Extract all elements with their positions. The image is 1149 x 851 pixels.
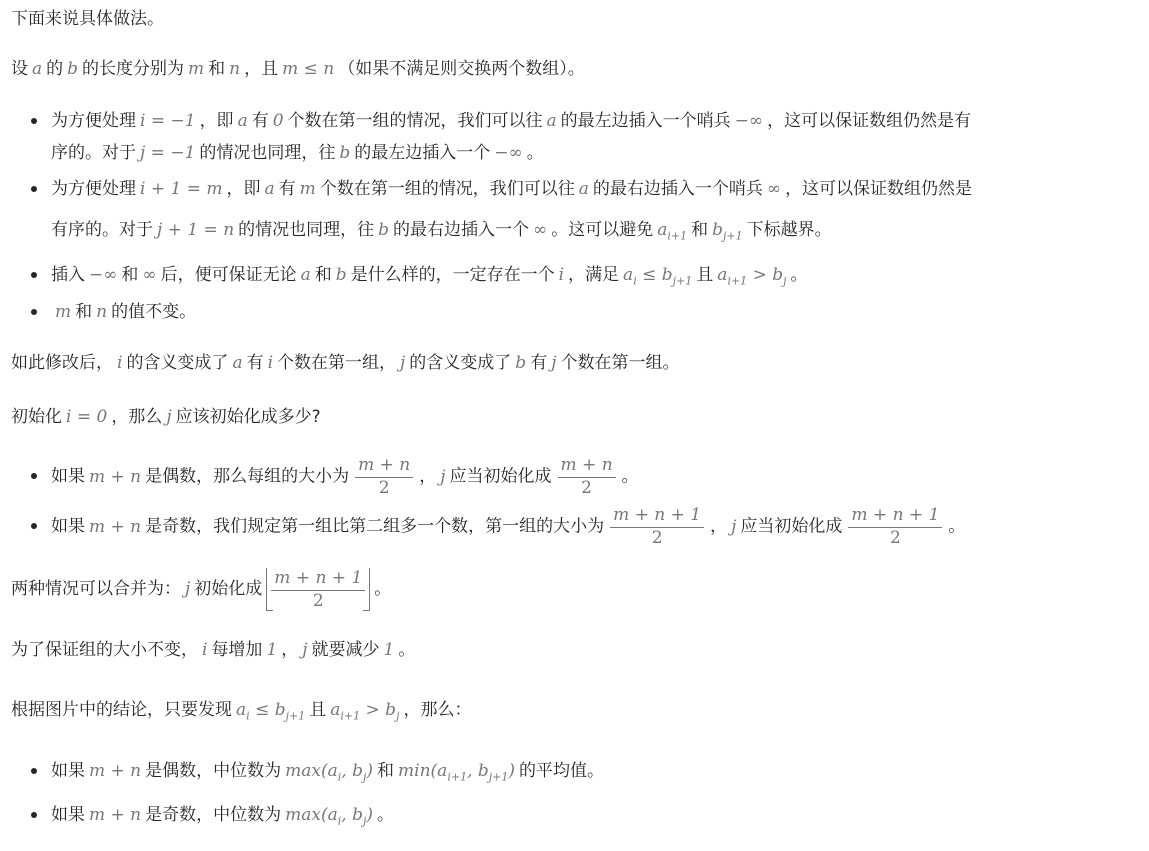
math-text: m + n (89, 805, 141, 825)
text-span: 的情况也同理，往 (199, 143, 335, 163)
bullet (31, 768, 37, 774)
text-span: 有 (247, 353, 264, 373)
text-span: ， (419, 467, 436, 487)
math-text: m ≤ n (282, 59, 334, 79)
bullet (31, 118, 37, 124)
math-text: b (515, 353, 526, 373)
math-text: j+1 (723, 229, 743, 242)
text-span: 有序的。对于 (51, 220, 153, 240)
math-text: a (301, 265, 311, 285)
math-text: j = −1 (140, 143, 195, 163)
list-item: 如果m + n是奇数，中位数为max(ai, bj)。 (51, 803, 394, 833)
math-text: ) (508, 761, 515, 781)
text-span: ， (710, 517, 727, 537)
text-span: 的情况也同理，往 (238, 220, 374, 240)
text-span: ，满足 (568, 265, 619, 285)
math-text: min(a (398, 761, 447, 781)
text-span: 如果 (51, 517, 85, 537)
math-text: a (330, 700, 340, 720)
text-span: 的最右边插入一个 (393, 220, 529, 240)
text-span: 为方便处理 (51, 111, 136, 131)
math-text: > b (366, 700, 397, 720)
list-item: m和n的值不变。 (51, 300, 196, 324)
math-text: m (188, 59, 204, 79)
math-text: i (202, 640, 207, 660)
text-span: 是奇数，我们规定第一组比第二组多一个数，第一组的大小为 (145, 517, 604, 537)
text-span: 和 (377, 761, 394, 781)
text-span: （如果不满足则交换两个数组）。 (338, 59, 585, 79)
math-text: j (783, 274, 786, 287)
text-span: 。 (622, 467, 639, 487)
text-span: ，那么： (403, 700, 471, 720)
text-span: 应当初始化成 (740, 517, 842, 537)
text-span: 是偶数，中位数为 (145, 761, 281, 781)
math-text: b (339, 143, 350, 163)
list-item: 如果m + n是偶数，中位数为max(ai, bj)和min(ai+1, bj+… (51, 759, 604, 789)
math-text: j (302, 640, 307, 660)
math-text: m + n (89, 467, 141, 487)
math-text: , b (341, 805, 363, 825)
text-span: 是什么样的，一定存在一个 (351, 265, 555, 285)
bullet (31, 186, 37, 192)
math-text: a (236, 700, 246, 720)
math-expression: bj+1 (712, 220, 743, 240)
bullet (31, 272, 37, 278)
text-span: ，即 (200, 111, 234, 131)
list-item: 如果m + n是奇数，我们规定第一组比第二组多一个数，第一组的大小为m + n … (51, 505, 965, 548)
math-expression: ai+1 > bj (717, 265, 786, 285)
math-text: ) (366, 761, 373, 781)
math-text: n (96, 302, 107, 322)
math-text: i (117, 353, 122, 373)
text-span: 的含义变成了 (126, 353, 228, 373)
math-text: n (229, 59, 240, 79)
text-span: 个数在第一组， (277, 353, 396, 373)
math-text: ∞ (142, 265, 156, 285)
math-text: j+1 (489, 770, 509, 783)
text-span: 和 (121, 265, 138, 285)
text-span: 如此修改后， (11, 353, 113, 373)
math-text: m + n (89, 761, 141, 781)
math-text: , b (341, 761, 363, 781)
math-text: 1 (266, 640, 277, 660)
text-span: 且 (696, 265, 713, 285)
text-span: 。 (398, 640, 415, 660)
math-expression: max(ai, bj) (285, 761, 373, 781)
math-text: j (440, 467, 445, 487)
math-expression: max(ai, bj) (285, 805, 373, 825)
list-item: 如果m + n是偶数，那么每组的大小为m + n2，j应当初始化成m + n2。 (51, 455, 639, 498)
math-text: ) (366, 805, 373, 825)
text-span: 是奇数，中位数为 (145, 805, 281, 825)
math-text: i = −1 (140, 111, 196, 131)
math-text: j (731, 517, 736, 537)
math-text: a (238, 111, 248, 131)
bullet (31, 473, 37, 479)
text-span: 后，便可保证无论 (161, 265, 297, 285)
text-span: ，即 (226, 179, 260, 199)
text-span: 个数在第一组的情况，我们可以往 (288, 111, 543, 131)
math-text: 0 (273, 111, 284, 131)
math-text: a (623, 265, 633, 285)
bullet (31, 812, 37, 818)
math-text: 1 (384, 640, 395, 660)
text-span: ，这可以保证数组仍然是 (785, 179, 972, 199)
list-item: 为方便处理i = −1，即a有0个数在第一组的情况，我们可以往a的最左边插入一个… (51, 109, 971, 133)
keep-size-paragraph: 为了保证组的大小不变，i每增加1，j就要减少1。 (11, 638, 415, 662)
text-span: 的平均值。 (519, 761, 604, 781)
text-span: m + n (558, 455, 616, 478)
text-span: 为了保证组的大小不变， (11, 640, 198, 660)
text-span: ，且 (244, 59, 278, 79)
math-text: ∞ (767, 179, 781, 199)
math-text: i (559, 265, 564, 285)
math-text: a (264, 179, 274, 199)
text-span: 。 (791, 265, 808, 285)
math-text: j+1 (286, 709, 306, 722)
math-text: i+1 (340, 709, 360, 722)
math-text: b (378, 220, 389, 240)
text-span: 的值不变。 (111, 302, 196, 322)
text-span: ， (281, 640, 298, 660)
math-text: b (712, 220, 723, 240)
floor-bracket: m + n + 12 (266, 568, 370, 611)
text-span: 的长度分别为 (82, 59, 184, 79)
text-span: 初始化成 (194, 579, 262, 599)
math-expression: min(ai+1, bj+1) (398, 761, 515, 781)
text-span: 的最右边插入一个哨兵 (593, 179, 763, 199)
math-text: b (67, 59, 78, 79)
after-modify-paragraph: 如此修改后，i的含义变成了a有i个数在第一组，j的含义变成了b有j个数在第一组。 (11, 351, 679, 375)
math-text: > b (753, 265, 784, 285)
math-text: i (268, 353, 273, 373)
text-span: 和 (75, 302, 92, 322)
text-span: m + n (355, 455, 413, 478)
list-item: 为方便处理i + 1 = m，即a有m个数在第一组的情况，我们可以往a的最右边插… (51, 177, 972, 201)
math-text: −∞ (494, 143, 522, 163)
text-span: 且 (309, 700, 326, 720)
math-text: ≤ b (642, 265, 673, 285)
text-span: 2 (890, 528, 901, 548)
math-text: , b (467, 761, 489, 781)
math-text: i+1 (667, 229, 687, 242)
math-text: i = 0 (66, 407, 107, 427)
math-text: m + n (89, 517, 141, 537)
text-span: 的最左边插入一个哨兵 (561, 111, 731, 131)
merge-paragraph: 两种情况可以合并为：j初始化成m + n + 12。 (11, 567, 391, 611)
math-text: a (232, 353, 242, 373)
math-text: a (717, 265, 727, 285)
text-span: 个数在第一组。 (560, 353, 679, 373)
text-span: 的最左边插入一个 (354, 143, 490, 163)
bullet (31, 309, 37, 315)
text-span: 。这可以避免 (551, 220, 653, 240)
math-text: a (579, 179, 589, 199)
text-span: 每增加 (211, 640, 262, 660)
math-text: m (55, 302, 71, 322)
fraction: m + n2 (558, 455, 616, 498)
text-span: 和 (315, 265, 332, 285)
text-span: 个数在第一组的情况，我们可以往 (320, 179, 575, 199)
text-span: 。 (374, 579, 391, 599)
math-expression: ai+1 (657, 220, 687, 240)
text-span: 序的。对于 (51, 143, 136, 163)
math-text: ∞ (533, 220, 547, 240)
math-text: j + 1 = n (157, 220, 234, 240)
math-text: ≤ b (255, 700, 286, 720)
math-expression: ai ≤ bj+1 (236, 700, 305, 720)
intro-paragraph: 下面来说具体做法。 (11, 7, 164, 31)
text-span: 根据图片中的结论，只要发现 (11, 700, 232, 720)
math-text: j (166, 407, 171, 427)
text-span: 和 (691, 220, 708, 240)
math-text: −∞ (89, 265, 117, 285)
math-text: j+1 (673, 274, 693, 287)
list-item: 插入−∞和∞后，便可保证无论a和b是什么样的，一定存在一个i，满足ai ≤ bj… (51, 263, 808, 293)
text-span: 插入 (51, 265, 85, 285)
text-span: m + n + 1 (848, 505, 942, 528)
text-span: 2 (652, 528, 663, 548)
fraction: m + n2 (355, 455, 413, 498)
text-span: 和 (208, 59, 225, 79)
math-text: i+1 (447, 770, 467, 783)
fraction: m + n + 12 (610, 505, 704, 548)
text-span: 如果 (51, 467, 85, 487)
list-item-continuation: 序的。对于j = −1的情况也同理，往b的最左边插入一个−∞。 (51, 141, 544, 165)
text-span: 有 (252, 111, 269, 131)
fraction: m + n + 12 (848, 505, 942, 548)
text-span: 是偶数，那么每组的大小为 (145, 467, 349, 487)
math-text: m (300, 179, 316, 199)
text-span: 2 (313, 591, 324, 611)
math-text: b (336, 265, 347, 285)
text-span: 下标越界。 (747, 220, 832, 240)
text-span: 就要减少 (312, 640, 380, 660)
text-span: 2 (379, 478, 390, 498)
text-span: 应该初始化成多少? (176, 407, 321, 427)
math-text: j (185, 579, 190, 599)
math-text: −∞ (735, 111, 763, 131)
text-span: m + n + 1 (271, 568, 365, 591)
bullet (31, 523, 37, 529)
math-text: max(a (285, 805, 338, 825)
text-span: ，这可以保证数组仍然是有 (767, 111, 971, 131)
intro-text: 下面来说具体做法。 (11, 9, 164, 29)
text-span: 有 (530, 353, 547, 373)
conclusion-paragraph: 根据图片中的结论，只要发现ai ≤ bj+1且ai+1 > bj，那么： (11, 698, 471, 728)
text-span: 两种情况可以合并为： (11, 579, 181, 599)
math-text: j (396, 709, 399, 722)
text-span: 。 (948, 517, 965, 537)
math-text: i + 1 = m (140, 179, 222, 199)
text-span: 有 (279, 179, 296, 199)
text-span: 的 (46, 59, 63, 79)
math-text: i+1 (727, 274, 747, 287)
math-expression: ai+1 > bj (330, 700, 399, 720)
text-span: 的含义变成了 (409, 353, 511, 373)
text-span: 设 (11, 59, 28, 79)
text-span: m + n + 1 (610, 505, 704, 528)
math-text: i (633, 274, 637, 287)
setup-paragraph: 设a的b的长度分别为m和n，且m ≤ n（如果不满足则交换两个数组）。 (11, 57, 585, 81)
text-span: 如果 (51, 805, 85, 825)
math-expression: ai ≤ bj+1 (623, 265, 692, 285)
init-question-paragraph: 初始化i = 0，那么j应该初始化成多少? (11, 405, 321, 429)
text-span: 如果 (51, 761, 85, 781)
math-text: j (400, 353, 405, 373)
text-span: 。 (527, 143, 544, 163)
text-span: 应当初始化成 (450, 467, 552, 487)
text-span: 为方便处理 (51, 179, 136, 199)
math-text: a (32, 59, 42, 79)
math-text: a (657, 220, 667, 240)
math-text: max(a (285, 761, 338, 781)
list-item-continuation: 有序的。对于j + 1 = n的情况也同理，往b的最右边插入一个∞。这可以避免a… (51, 218, 832, 248)
math-text: i (246, 709, 250, 722)
text-span: 。 (377, 805, 394, 825)
text-span: 初始化 (11, 407, 62, 427)
text-span: 2 (581, 478, 592, 498)
math-text: a (547, 111, 557, 131)
math-text: j (551, 353, 556, 373)
text-span: ，那么 (111, 407, 162, 427)
